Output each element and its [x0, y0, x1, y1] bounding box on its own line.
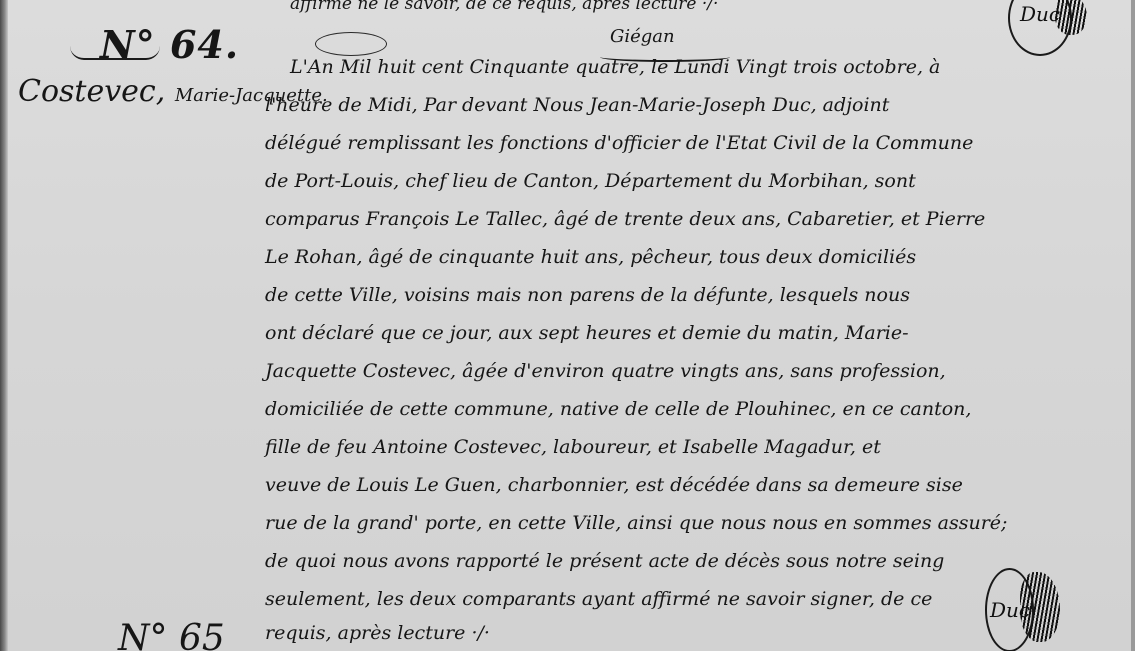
- body-line: L'An Mil huit cent Cinquante quatre, le …: [290, 56, 940, 78]
- previous-record-continuation: affirmé ne le savoir, de ce requis, aprè…: [290, 0, 718, 14]
- marginal-circle-mark: [315, 32, 387, 56]
- body-line: Jacquette Costevec, âgée d'environ quatr…: [265, 360, 946, 382]
- body-line: seulement, les deux comparants ayant aff…: [265, 588, 932, 610]
- signature-text: Duc: [1020, 2, 1060, 26]
- body-line: délégué remplissant les fonctions d'offi…: [265, 132, 973, 154]
- body-line: Le Rohan, âgé de cinquante huit ans, pêc…: [265, 246, 916, 268]
- record-number-flourish: [70, 46, 160, 60]
- body-line: rue de la grand' porte, en cette Ville, …: [265, 512, 1007, 534]
- body-line: ont déclaré que ce jour, aux sept heures…: [265, 322, 909, 344]
- body-line: domiciliée de cette commune, native de c…: [265, 398, 971, 420]
- margin-surname: Costevec,: [18, 74, 165, 109]
- body-line: de Port-Louis, chef lieu de Canton, Dépa…: [265, 170, 916, 192]
- body-line: fille de feu Antoine Costevec, laboureur…: [265, 436, 881, 458]
- body-line: l'heure de Midi, Par devant Nous Jean-Ma…: [265, 94, 889, 116]
- page-right-edge: [1131, 0, 1135, 651]
- body-line: veuve de Louis Le Guen, charbonnier, est…: [265, 474, 963, 496]
- body-line: requis, après lecture ·/·: [265, 622, 490, 644]
- signature-text: Duc: [990, 598, 1030, 622]
- body-line: de quoi nous avons rapporté le présent a…: [265, 550, 944, 572]
- document-page: affirmé ne le savoir, de ce requis, aprè…: [0, 0, 1135, 651]
- body-line: comparus François Le Tallec, âgé de tren…: [265, 208, 985, 230]
- body-line: de cette Ville, voisins mais non parens …: [265, 284, 910, 306]
- page-binding-edge: [0, 0, 8, 651]
- next-record-number: N° 65: [118, 618, 225, 651]
- record-number: N° 64.: [100, 22, 239, 67]
- marginal-note: Giégan: [610, 26, 675, 47]
